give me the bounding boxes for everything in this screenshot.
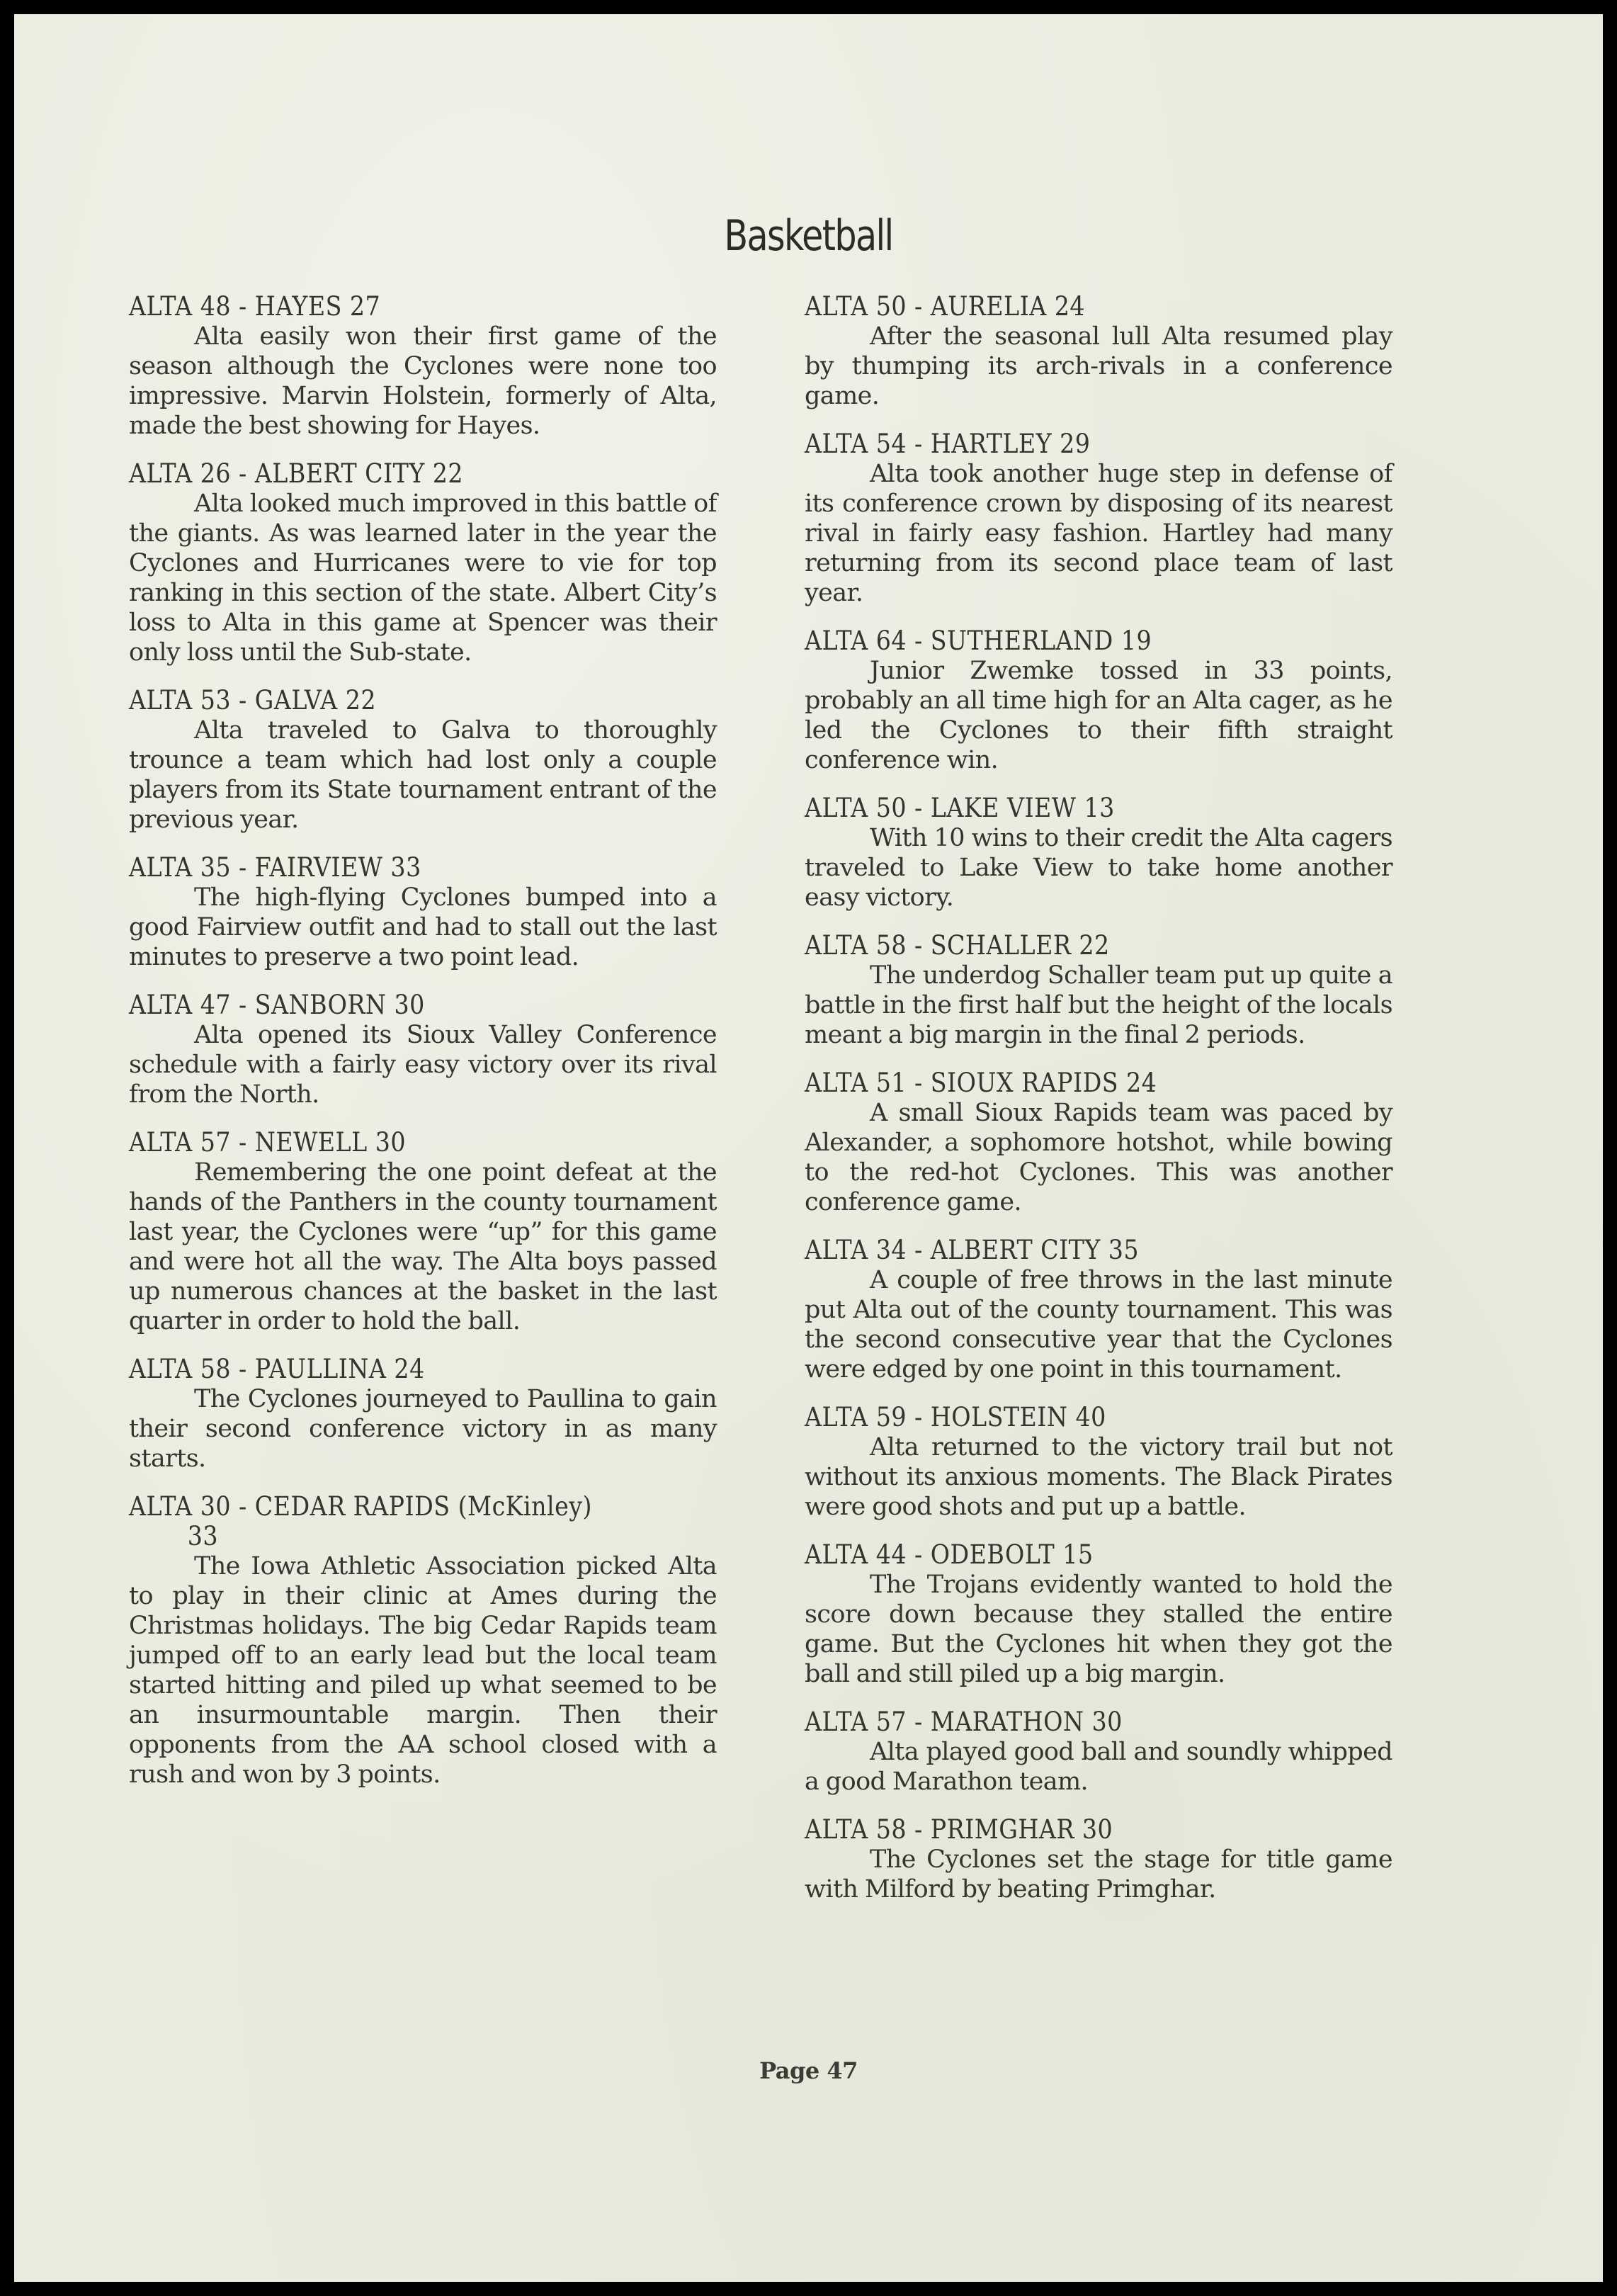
game-entry: ALTA 57 - MARATHON 30 Alta played good b… <box>805 1707 1392 1797</box>
game-score-headline-main: ALTA 30 - CEDAR RAPIDS (McKinley) <box>129 1491 592 1522</box>
game-score-headline: ALTA 57 - MARATHON 30 <box>805 1707 1334 1737</box>
game-entry: ALTA 58 - SCHALLER 22 The underdog Schal… <box>805 931 1392 1050</box>
game-summary: Alta returned to the victory trail but n… <box>805 1432 1392 1522</box>
game-score-headline: ALTA 58 - SCHALLER 22 <box>805 931 1334 961</box>
page-title: Basketball <box>157 211 1460 261</box>
game-score-headline: ALTA 48 - HAYES 27 <box>129 292 658 322</box>
game-summary: Alta traveled to Galva to thoroughly tro… <box>129 716 717 835</box>
game-entry: ALTA 50 - LAKE VIEW 13 With 10 wins to t… <box>805 793 1392 912</box>
game-score-headline: ALTA 64 - SUTHERLAND 19 <box>805 626 1334 656</box>
game-score-headline: ALTA 54 - HARTLEY 29 <box>805 429 1334 459</box>
game-score-headline: ALTA 59 - HOLSTEIN 40 <box>805 1403 1334 1432</box>
game-entry: ALTA 57 - NEWELL 30 Remembering the one … <box>129 1128 717 1336</box>
game-summary: After the seasonal lull Alta resumed pla… <box>805 322 1392 411</box>
game-entry: ALTA 59 - HOLSTEIN 40 Alta returned to t… <box>805 1403 1392 1522</box>
right-column: ALTA 50 - AURELIA 24 After the seasonal … <box>805 292 1392 1923</box>
game-summary: Remembering the one point defeat at the … <box>129 1158 717 1336</box>
game-summary: Alta took another huge step in defense o… <box>805 459 1392 608</box>
game-summary: Junior Zwemke tossed in 33 points, proba… <box>805 656 1392 775</box>
page-number: Page 47 <box>14 2057 1603 2084</box>
game-score-headline: ALTA 58 - PRIMGHAR 30 <box>805 1815 1334 1845</box>
left-column: ALTA 48 - HAYES 27 Alta easily won their… <box>129 292 717 1808</box>
game-entry: ALTA 30 - CEDAR RAPIDS (McKinley) 33 The… <box>129 1492 717 1789</box>
game-entry: ALTA 26 - ALBERT CITY 22 Alta looked muc… <box>129 459 717 667</box>
game-summary: The underdog Schaller team put up quite … <box>805 961 1392 1050</box>
game-entry: ALTA 54 - HARTLEY 29 Alta took another h… <box>805 429 1392 608</box>
game-entry: ALTA 53 - GALVA 22 Alta traveled to Galv… <box>129 686 717 835</box>
yearbook-page: Basketball ALTA 48 - HAYES 27 Alta easil… <box>14 14 1603 2282</box>
game-score-headline: ALTA 58 - PAULLINA 24 <box>129 1355 658 1384</box>
game-score-headline: ALTA 34 - ALBERT CITY 35 <box>805 1235 1334 1265</box>
game-entry: ALTA 64 - SUTHERLAND 19 Junior Zwemke to… <box>805 626 1392 775</box>
game-score-headline: ALTA 57 - NEWELL 30 <box>129 1128 658 1158</box>
game-score-headline: ALTA 44 - ODEBOLT 15 <box>805 1540 1334 1570</box>
game-summary: Alta played good ball and soundly whippe… <box>805 1737 1392 1797</box>
game-score-headline: ALTA 30 - CEDAR RAPIDS (McKinley) 33 <box>129 1492 658 1551</box>
game-score-headline: ALTA 47 - SANBORN 30 <box>129 990 658 1020</box>
game-entry: ALTA 44 - ODEBOLT 15 The Trojans evident… <box>805 1540 1392 1689</box>
game-entry: ALTA 34 - ALBERT CITY 35 A couple of fre… <box>805 1235 1392 1384</box>
game-entry: ALTA 50 - AURELIA 24 After the seasonal … <box>805 292 1392 411</box>
game-score-headline: ALTA 26 - ALBERT CITY 22 <box>129 459 658 489</box>
game-score-headline: ALTA 51 - SIOUX RAPIDS 24 <box>805 1068 1334 1098</box>
game-score-headline: ALTA 50 - AURELIA 24 <box>805 292 1334 322</box>
game-entry: ALTA 47 - SANBORN 30 Alta opened its Sio… <box>129 990 717 1109</box>
game-summary: The Cyclones journeyed to Paullina to ga… <box>129 1384 717 1474</box>
game-entry: ALTA 48 - HAYES 27 Alta easily won their… <box>129 292 717 441</box>
game-entry: ALTA 58 - PRIMGHAR 30 The Cyclones set t… <box>805 1815 1392 1904</box>
game-score-headline-continued: 33 <box>129 1522 658 1551</box>
game-score-headline: ALTA 50 - LAKE VIEW 13 <box>805 793 1334 823</box>
game-summary: The high-flying Cyclones bumped into a g… <box>129 883 717 972</box>
game-summary: The Cyclones set the stage for title gam… <box>805 1845 1392 1904</box>
game-summary: Alta easily won their first game of the … <box>129 322 717 441</box>
game-summary: The Trojans evidently wanted to hold the… <box>805 1570 1392 1689</box>
game-entry: ALTA 51 - SIOUX RAPIDS 24 A small Sioux … <box>805 1068 1392 1217</box>
game-summary: Alta opened its Sioux Valley Conference … <box>129 1020 717 1109</box>
game-summary: With 10 wins to their credit the Alta ca… <box>805 823 1392 912</box>
game-summary: The Iowa Athletic Association picked Alt… <box>129 1551 717 1789</box>
game-score-headline: ALTA 53 - GALVA 22 <box>129 686 658 716</box>
game-summary: A small Sioux Rapids team was paced by A… <box>805 1098 1392 1217</box>
game-entry: ALTA 35 - FAIRVIEW 33 The high-flying Cy… <box>129 853 717 972</box>
game-summary: A couple of free throws in the last minu… <box>805 1265 1392 1384</box>
game-score-headline: ALTA 35 - FAIRVIEW 33 <box>129 853 658 883</box>
game-entry: ALTA 58 - PAULLINA 24 The Cyclones journ… <box>129 1355 717 1474</box>
game-summary: Alta looked much improved in this battle… <box>129 489 717 667</box>
